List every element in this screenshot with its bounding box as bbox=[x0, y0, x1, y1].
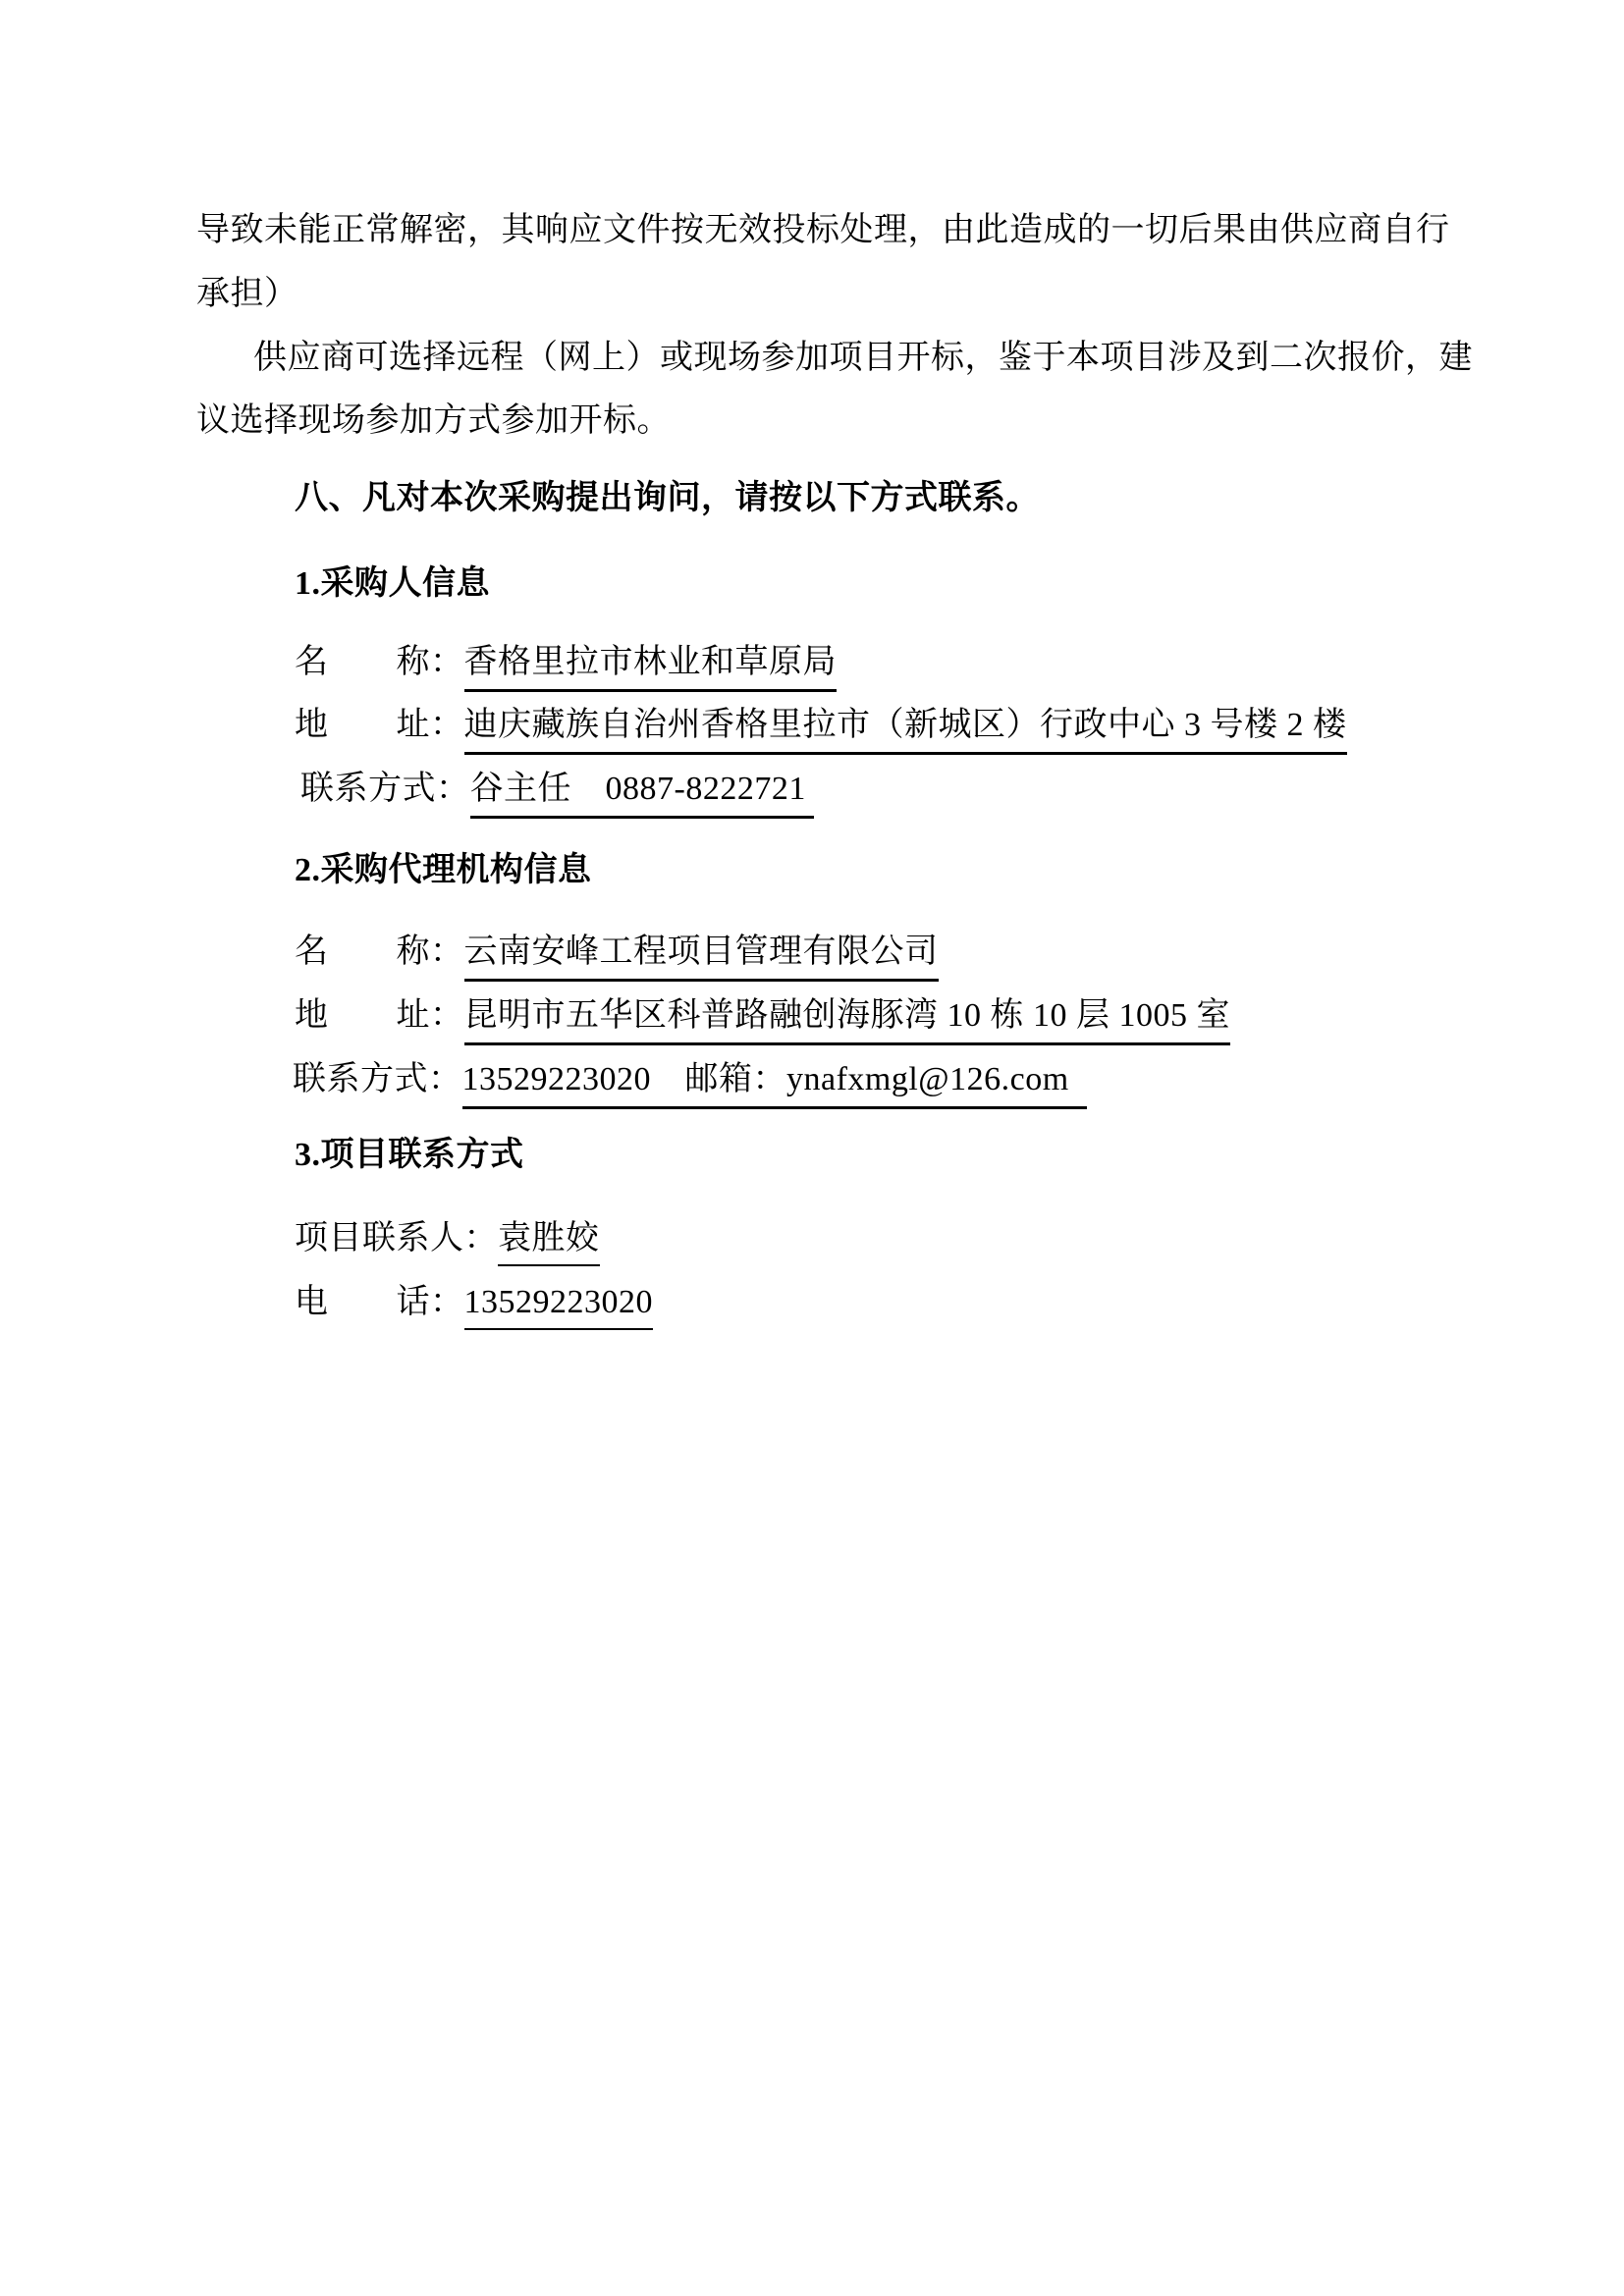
project-person-row: 项目联系人：袁胜姣 bbox=[295, 1218, 600, 1266]
agency-address-label: 地 址： bbox=[295, 997, 464, 1034]
agency-address-value: 昆明市五华区科普路融创海豚湾 10 栋 10 层 1005 室 bbox=[464, 995, 1231, 1045]
paragraph-2-line-1: 供应商可选择远程（网上）或现场参加项目开标，鉴于本项目涉及到二次报价，建 bbox=[253, 338, 1473, 380]
purchaser-name-label: 名 称： bbox=[295, 644, 464, 680]
purchaser-address-row: 地 址：迪庆藏族自治州香格里拉市（新城区）行政中心 3 号楼 2 楼 bbox=[295, 705, 1347, 755]
project-phone-row: 电 话：13529223020 bbox=[295, 1282, 653, 1330]
paragraph-1-line-2: 承担） bbox=[196, 274, 298, 316]
purchaser-contact-value: 谷主任 0887-8222721 bbox=[470, 769, 814, 819]
agency-name-row: 名 称：云南安峰工程项目管理有限公司 bbox=[295, 932, 939, 982]
project-person-label: 项目联系人： bbox=[295, 1220, 498, 1256]
agency-name-label: 名 称： bbox=[295, 934, 464, 970]
purchaser-contact-label: 联系方式： bbox=[300, 771, 470, 807]
purchaser-name-row: 名 称：香格里拉市林业和草原局 bbox=[295, 642, 837, 692]
agency-contact-row: 联系方式：13529223020 邮箱：ynafxmgl@126.com bbox=[293, 1059, 1087, 1109]
paragraph-2-line-2: 议选择现场参加方式参加开标。 bbox=[196, 400, 671, 443]
agency-title: 2.采购代理机构信息 bbox=[295, 850, 592, 892]
project-title: 3.项目联系方式 bbox=[295, 1135, 524, 1177]
project-phone-value: 13529223020 bbox=[464, 1282, 654, 1330]
project-phone-label: 电 话： bbox=[295, 1284, 464, 1320]
purchaser-name-value: 香格里拉市林业和草原局 bbox=[464, 642, 838, 692]
agency-contact-label: 联系方式： bbox=[293, 1061, 462, 1097]
agency-address-row: 地 址：昆明市五华区科普路融创海豚湾 10 栋 10 层 1005 室 bbox=[295, 995, 1230, 1045]
purchaser-title: 1.采购人信息 bbox=[295, 563, 490, 606]
document-page: 导致未能正常解密，其响应文件按无效投标处理，由此造成的一切后果由供应商自行 承担… bbox=[0, 0, 1624, 2296]
project-person-value: 袁胜姣 bbox=[498, 1218, 600, 1266]
section-heading: 八、凡对本次采购提出询问，请按以下方式联系。 bbox=[295, 478, 1040, 520]
purchaser-contact-row: 联系方式：谷主任 0887-8222721 bbox=[300, 769, 814, 819]
agency-name-value: 云南安峰工程项目管理有限公司 bbox=[464, 932, 939, 982]
paragraph-1-line-1: 导致未能正常解密，其响应文件按无效投标处理，由此造成的一切后果由供应商自行 bbox=[196, 210, 1450, 252]
purchaser-address-label: 地 址： bbox=[295, 707, 464, 743]
agency-contact-value: 13529223020 邮箱：ynafxmgl@126.com bbox=[462, 1059, 1087, 1109]
purchaser-address-value: 迪庆藏族自治州香格里拉市（新城区）行政中心 3 号楼 2 楼 bbox=[464, 705, 1347, 755]
